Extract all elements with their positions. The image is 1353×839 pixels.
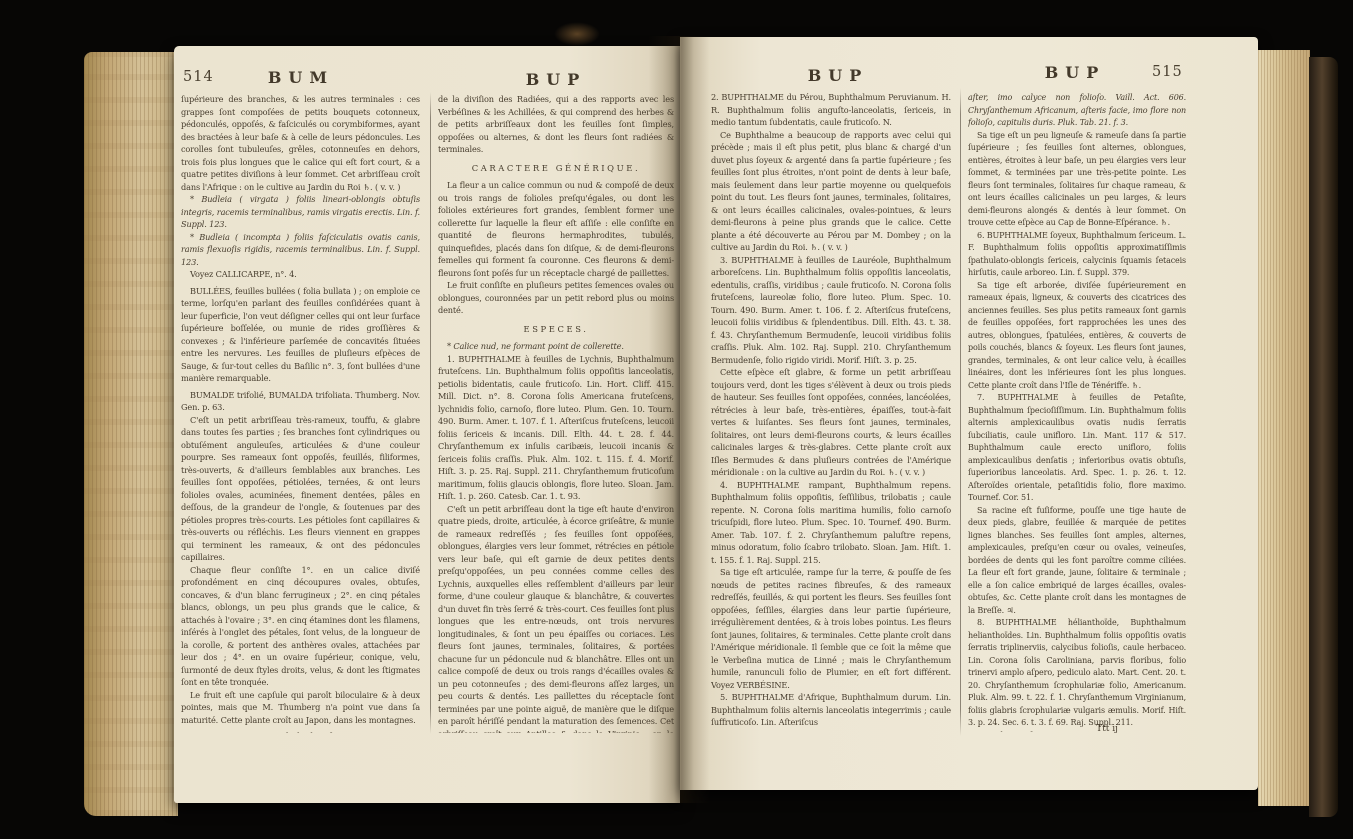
running-title-bup-right2: BUP xyxy=(1000,63,1150,82)
page-edge-stack-right xyxy=(1258,50,1310,806)
paragraph: Sa tige eſt articulée, rampe ſur la terr… xyxy=(711,566,951,691)
paragraph: Sa tige eſt arborée, diviſée ſupérieurem… xyxy=(968,280,1186,393)
paragraph: Le fruit conſiſte en pluſieurs petites ſ… xyxy=(438,279,674,317)
book-cover-edge xyxy=(1309,57,1338,817)
species-entry-6: 6. BUPHTHALME ſoyeux, Buphthalmum ſerice… xyxy=(968,230,1186,280)
species-group-note: * Calice nud, ne formant point de coller… xyxy=(438,340,674,353)
paragraph: * Budleia ( incompta ) foliis faſciculat… xyxy=(181,231,420,269)
entry-bumalde: BUMALDE trifolié, BUMALDA trifoliata. Th… xyxy=(181,389,420,414)
running-title-bup-left: BUP xyxy=(481,70,631,89)
quire-signature: Ttt ij xyxy=(1062,724,1152,734)
paragraph: Cette eſpèce eſt glabre, & forme un peti… xyxy=(711,366,951,479)
column-1: ſupérieure des branches, & les autres te… xyxy=(181,93,420,733)
paragraph: La fleur a un calice commun ou nud & com… xyxy=(438,179,674,279)
running-title-bum: BUM xyxy=(226,68,376,87)
page-edge-stack-left xyxy=(84,52,178,816)
paragraph: C'eſt un petit arbriſſeau dont la tige e… xyxy=(438,503,674,734)
column-4: aſter, imo calyce non folioſo. Vaill. Ac… xyxy=(968,92,1186,732)
species-entry-1: 1. BUPHTHALME à feuilles de Lychnis, Bup… xyxy=(438,353,674,503)
page-number-left: 514 xyxy=(183,69,214,85)
species-entry-2: 2. BUPHTHALME du Pérou, Buphthalmum Peru… xyxy=(711,91,951,129)
cross-reference: Voyez CALLICARPE, n°. 4. xyxy=(181,268,420,281)
section-heading-caractere: CARACTERE GÉNÉRIQUE. xyxy=(438,162,674,175)
paragraph: aſter, imo calyce non folioſo. Vaill. Ac… xyxy=(968,92,1186,130)
entry-buphthalme: BUPHTHALME ou Œil de bœuf, BUPHTHALMUM ;… xyxy=(181,730,420,733)
paragraph: * Budleia ( virgata ) foliis lineari-obl… xyxy=(181,193,420,231)
column-3: 2. BUPHTHALME du Pérou, Buphthalmum Peru… xyxy=(711,91,951,731)
paragraph: ſupérieure des branches, & les autres te… xyxy=(181,93,420,193)
paragraph: Chaque fleur conſiſte 1°. en un calice d… xyxy=(181,564,420,689)
column-rule-left-page xyxy=(430,92,431,734)
species-entry-3: 3. BUPHTHALME à feuilles de Lauréole, Bu… xyxy=(711,254,951,367)
paragraph: de la diviſion des Radiées, qui a des ra… xyxy=(438,93,674,156)
species-entry-7: 7. BUPHTHALME à feuilles de Petaſite, Bu… xyxy=(968,392,1186,505)
species-entry-4: 4. BUPHTHALME rampant, Buphthalmum repen… xyxy=(711,479,951,567)
running-title-bup-right1: BUP xyxy=(763,66,913,85)
species-entry-5: 5. BUPHTHALME d'Afrique, Buphthalmum dur… xyxy=(711,691,951,729)
paragraph: Sa racine eſt fuſiforme, pouſſe une tige… xyxy=(968,505,1186,618)
paragraph: Le fruit eſt une capſule qui paroît bilo… xyxy=(181,689,420,727)
book-photo: 514 BUM BUP BUP BUP 515 ſupérieure des b… xyxy=(0,0,1353,839)
section-heading-especes: ESPECES. xyxy=(438,323,674,336)
paragraph: C'eſt un petit arbriſſeau très-rameux, t… xyxy=(181,414,420,564)
paragraph: Ce Buphthalme a beaucoup de rapports ave… xyxy=(711,129,951,254)
entry-bullees: BULLÉES, feuilles bullées ( folia bullat… xyxy=(181,285,420,385)
paragraph: Sa tige eſt un peu ligneuſe & rameuſe da… xyxy=(968,130,1186,230)
species-entry-8: 8. BUPHTHALME hélianthoïde, Buphthalmum … xyxy=(968,617,1186,730)
column-rule-right-page xyxy=(960,88,961,736)
page-number-right: 515 xyxy=(1152,64,1183,80)
headband-smudge xyxy=(554,22,600,46)
column-2: de la diviſion des Radiées, qui a des ra… xyxy=(438,93,674,733)
